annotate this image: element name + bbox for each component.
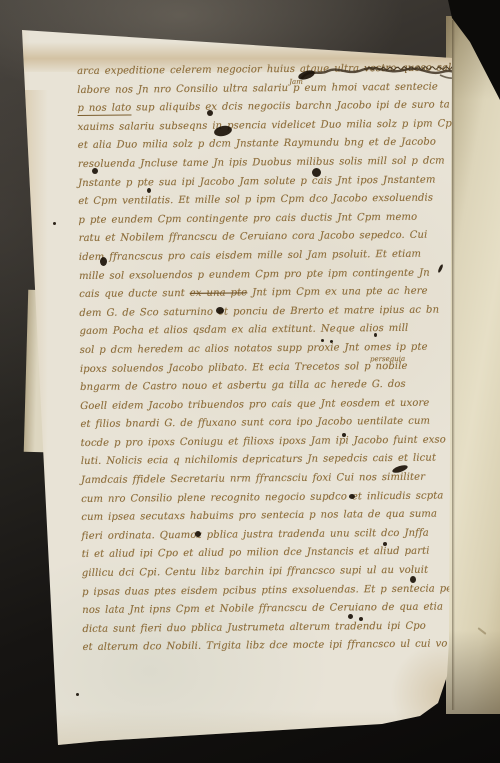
- ink-blot: [374, 333, 377, 337]
- ink-blot: [321, 339, 324, 342]
- line-segment: fieri ordinata. Quamoz pblica justra tra…: [81, 527, 428, 541]
- line-segment: resoluenda Jncluse tame Jn ipis Duobus m…: [78, 155, 445, 170]
- line-segment: dem G. de Sco saturnino et ponciu de Bre…: [79, 304, 439, 318]
- gutter-crease: [452, 20, 455, 710]
- line-segment: ti et aliud ipi Cpo et aliud po milion d…: [82, 546, 430, 560]
- ink-blot: [216, 307, 224, 314]
- line-segment: sup aliquibs ex dcis negociis barchn Jac…: [131, 100, 450, 114]
- line-segment: ratu et Nobilem ffrancscu de Ceruiano co…: [79, 230, 428, 244]
- manuscript-line: et alterum dco Nobili. Trigita libz dce …: [83, 637, 455, 659]
- line-segment: et filios bnardi G. de ffuxano sunt cora…: [80, 416, 430, 430]
- line-segment: mille sol exsoluendos p eundem Cpm pro p…: [79, 267, 430, 281]
- line-segment: labore nos Jn nro Consilio ultra salariu…: [77, 81, 438, 95]
- line-segment: Goell eidem Jacobo tribuendos pro cais q…: [80, 397, 429, 411]
- ink-blot: [76, 693, 79, 696]
- ink-blot: [349, 494, 355, 499]
- line-segment: gillicu dci Cpi. Centu libz barchin ipi …: [82, 565, 428, 579]
- ink-blot: [100, 257, 107, 266]
- line-segment: cais que ducte sunt: [79, 288, 190, 300]
- line-segment: dicta sunt fieri duo pblica Justrumeta a…: [82, 620, 426, 634]
- ink-blot: [92, 168, 98, 174]
- line-segment: arca expeditione celerem negocior huius …: [77, 63, 364, 77]
- line-segment: et Cpm ventilatis. Et mille sol p ipm Cp…: [78, 193, 433, 207]
- text-block: arca expeditione celerem negocior huius …: [77, 60, 455, 659]
- line-segment: idem ffrancscus pro cais eisdem mille so…: [79, 249, 421, 263]
- line-segment: nos lata Jnt ipns Cpm et Nobile ffrancsc…: [82, 602, 443, 616]
- line-segment: Jnt ipm Cpm ex una pte ac here: [247, 286, 428, 299]
- line-segment: cum nro Consilio plene recognito negocio…: [81, 490, 443, 504]
- line-segment: luti. Nolicis ecia q nichilomis depricat…: [81, 453, 436, 467]
- line-segment: p pte eundem Cpm contingente pro cais du…: [78, 211, 417, 225]
- line-segment: cum ipsea secutaxs habuims pro sentecia …: [81, 509, 437, 523]
- ink-blot: [207, 110, 213, 116]
- ink-blot: [410, 576, 416, 583]
- ink-blot: [348, 614, 353, 619]
- ink-blot: [53, 222, 56, 225]
- ink-blot: [147, 188, 151, 193]
- ink-blot: [359, 617, 363, 621]
- line-segment: tocde p pro ipoxs Coniugu et filioxs ipo…: [81, 434, 446, 449]
- page: arca expeditione celerem negocior huius …: [0, 0, 500, 763]
- line-segment: p ipsas duas ptes eisdem pcibus ptins ex…: [82, 583, 457, 598]
- line-segment: ipoxs soluendos Jacobo plibato. Et ecia …: [80, 360, 408, 374]
- ink-blot: [383, 542, 387, 546]
- line-segment: et alterum dco Nobili. Trigita libz dce …: [83, 639, 448, 654]
- line-segment: gaom Pocha et alios qsdam ex alia extitu…: [80, 323, 409, 337]
- line-segment: p nos lato: [77, 103, 131, 117]
- line-segment: Jnstante p pte sua ipi Jacobo Jam solute…: [78, 174, 435, 188]
- line-segment: bngarm de Castro nouo et asbertu ga till…: [80, 379, 406, 393]
- ink-blot: [342, 433, 346, 437]
- ink-blot: [195, 531, 201, 537]
- ink-blot: [312, 168, 321, 177]
- line-segment: xauims salariu subseqns in psencia videl…: [78, 118, 462, 133]
- ink-blot: [330, 340, 333, 343]
- photo-of-manuscript: arca expeditione celerem negocior huius …: [0, 0, 500, 763]
- line-segment: et alia Duo milia solz p dcm Jnstante Ra…: [78, 137, 436, 151]
- line-segment: ex una pte: [190, 288, 248, 300]
- line-segment: Jamdcais ffidele Secretariu nrm ffrancsc…: [81, 472, 425, 486]
